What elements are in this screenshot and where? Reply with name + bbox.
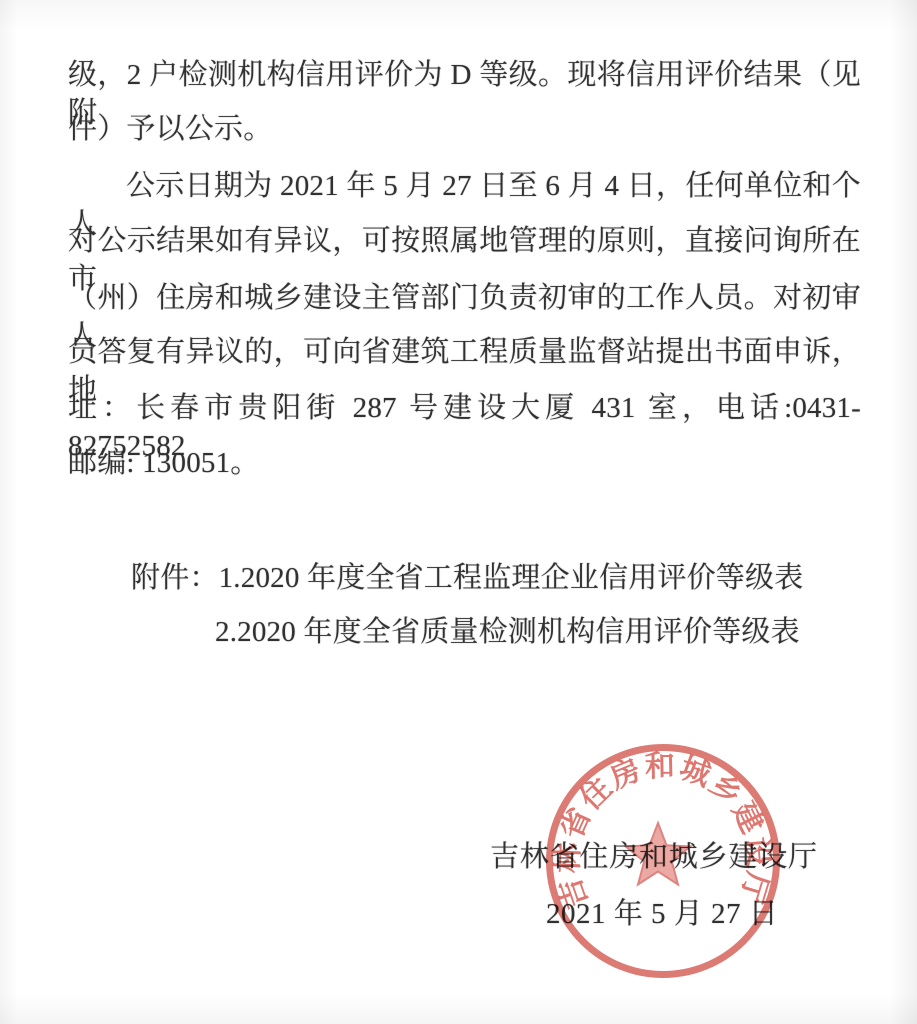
- attachment-line-2: 2.2020 年度全省质量检测机构信用评价等级表: [215, 613, 800, 651]
- document-page: 级，2 户检测机构信用评价为 D 等级。现将信用评价结果（见附 件）予以公示。 …: [0, 0, 917, 1024]
- body-line: 件）予以公示。: [68, 110, 272, 148]
- body-line: 邮编: 130051。: [68, 444, 260, 482]
- issuer-signature: 吉林省住房和城乡建设厅: [490, 838, 818, 876]
- seal-arc-text: 吉林省住房和城乡建设厅: [551, 750, 775, 913]
- attachment-line-1: 附件：1.2020 年度全省工程监理企业信用评价等级表: [131, 559, 803, 597]
- issue-date: 2021 年 5 月 27 日: [546, 895, 778, 933]
